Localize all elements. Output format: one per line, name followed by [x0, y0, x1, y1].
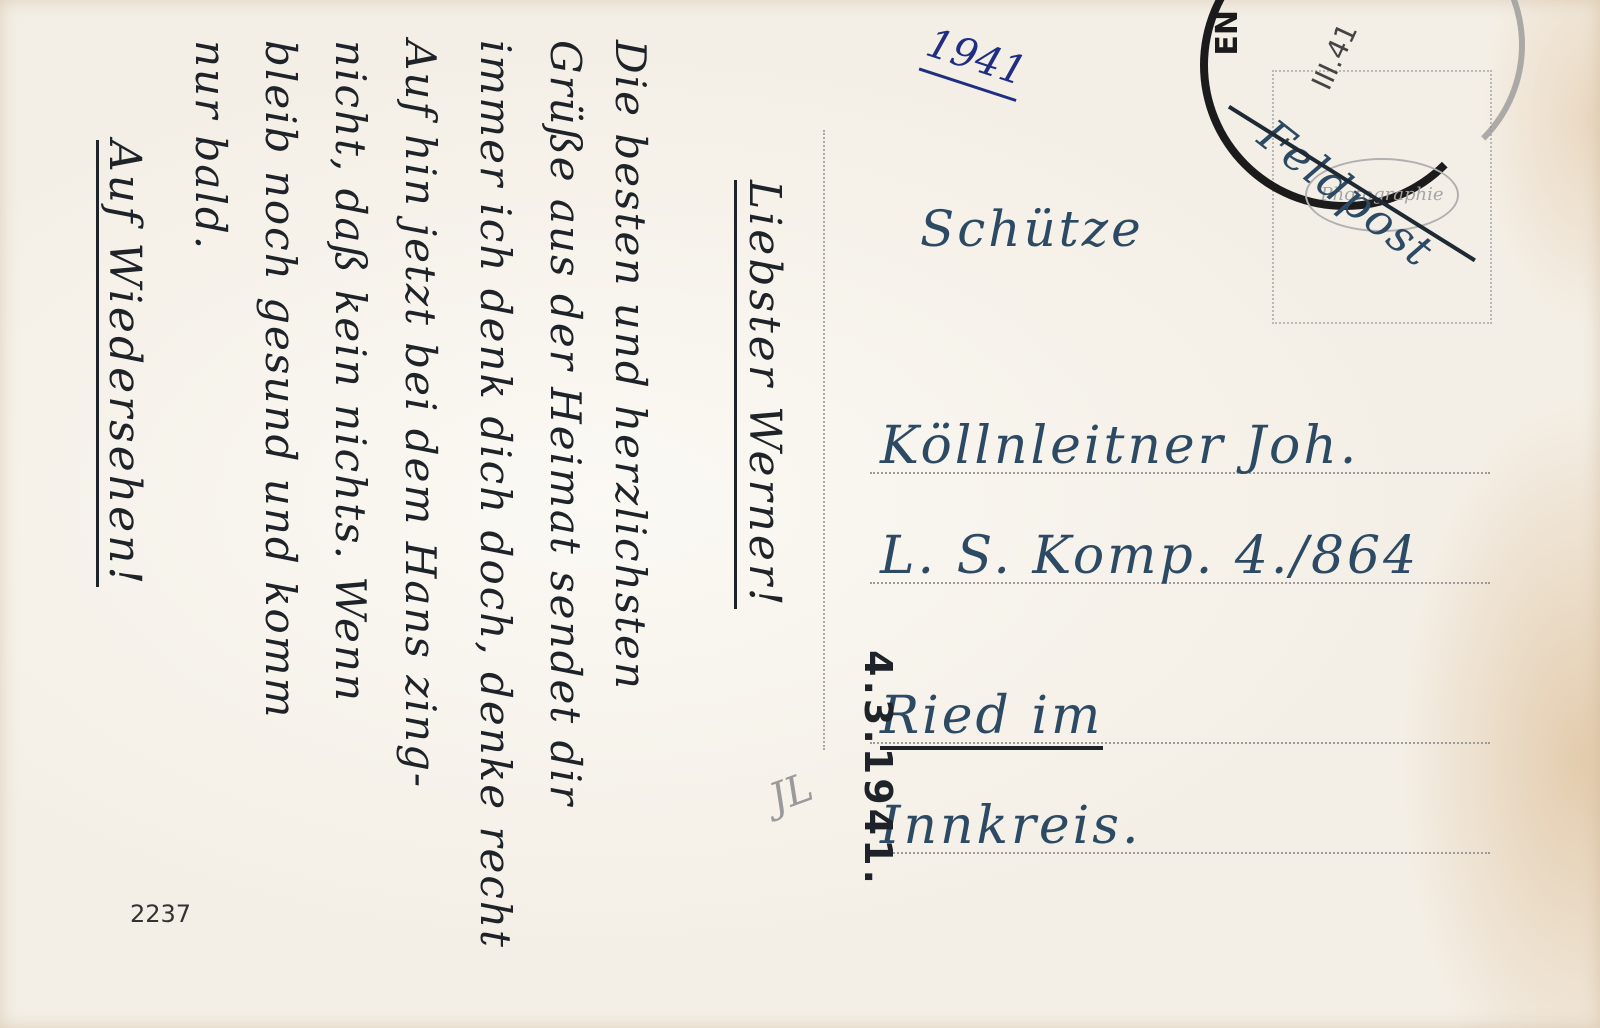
divider-line: [823, 130, 825, 750]
message-line: bleib noch gesund und komm: [256, 40, 305, 719]
address-line-unit: L. S. Komp. 4./864: [870, 530, 1490, 584]
address-line-name: Köllnleitner Joh.: [870, 420, 1490, 474]
message-line: Die besten und herzlichsten: [606, 40, 655, 691]
message-signature: Auf Wiedersehen!: [96, 140, 150, 587]
message-line: nicht, daß kein nichts. Wenn: [326, 40, 375, 703]
address-line-city: Ried im: [870, 690, 1490, 744]
archive-note: 1941: [919, 20, 1032, 102]
postmark-text: EN: [1210, 10, 1245, 56]
postcard-back: 1941 EN III.41 Photographie Feldpost Sch…: [0, 0, 1600, 1028]
message-line: nur bald.: [186, 40, 235, 251]
print-number: 2237: [130, 900, 191, 928]
message-line: Grüße aus der Heimat sendet dir: [541, 40, 590, 807]
address-line-region: Innkreis.: [870, 800, 1490, 854]
address-title: Schütze: [920, 200, 1144, 258]
message-line: immer ich denk dich doch, denke recht: [471, 40, 520, 949]
message-date: 4.3.1941.: [856, 650, 900, 888]
message-body: Die besten und herzlichsten Grüße aus de…: [50, 40, 790, 1000]
message-line: Auf hin jetzt bei dem Hans zing-: [396, 40, 445, 789]
address-city-first-word: Ried im: [880, 686, 1103, 750]
